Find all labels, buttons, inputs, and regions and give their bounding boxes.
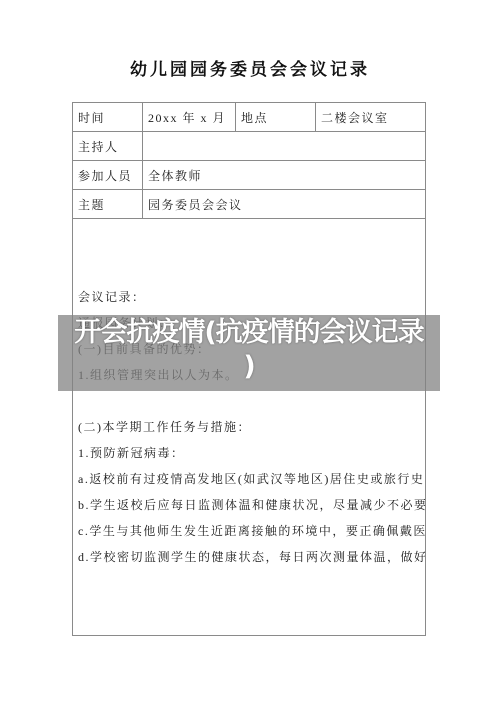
- time-value: 20xx 年 x 月: [143, 103, 236, 132]
- page-title: 幼儿园园务委员会会议记录: [0, 58, 500, 82]
- record-line: 1.预防新冠病毒：: [78, 440, 420, 466]
- time-label: 时间: [73, 103, 143, 132]
- participants-label: 参加人员: [73, 161, 143, 190]
- record-line: 1.组织管理突出以人为本。: [78, 362, 420, 388]
- record-line-obscured: [78, 388, 420, 414]
- record-paragraph: b.学生返校后应每日监测体温和健康状况，尽量减少不必要外出，避免接触其他人员。: [78, 492, 420, 518]
- place-label: 地点: [236, 103, 316, 132]
- record-paragraph: d.学校密切监测学生的健康状态，每日两次测量体温，做好缺勤、早退、请假记录，如发…: [78, 544, 420, 570]
- record-line: 会议记录：: [78, 284, 420, 310]
- table-row-host: 主持人: [73, 132, 426, 161]
- host-label: 主持人: [73, 132, 143, 161]
- record-line: (一)目前具备的优势：: [78, 336, 420, 362]
- record-paragraph: a.返校前有过疫情高发地区(如武汉等地区)居住史或旅行史的学生，建议居家观察 1…: [78, 466, 420, 492]
- topic-value: 园务委员会会议: [143, 190, 426, 219]
- record-paragraph: c.学生与其他师生发生近距离接触的环境中，要正确佩戴医用外科口罩或 N95 口罩…: [78, 518, 420, 544]
- table-row-time-place: 时间 20xx 年 x 月 地点 二楼会议室: [73, 103, 426, 132]
- topic-label: 主题: [73, 190, 143, 219]
- document-page: 幼儿园园务委员会会议记录 时间 20xx 年 x 月 地点 二楼会议室 主持人 …: [0, 0, 500, 706]
- place-value: 二楼会议室: [316, 103, 426, 132]
- record-line: 通报园务计划：: [78, 310, 420, 336]
- table-row-participants: 参加人员 全体教师: [73, 161, 426, 190]
- meeting-info-table: 时间 20xx 年 x 月 地点 二楼会议室 主持人 参加人员 全体教师 主题 …: [72, 102, 426, 636]
- participants-value: 全体教师: [143, 161, 426, 190]
- meeting-record-cell: 会议记录： 通报园务计划： (一)目前具备的优势： 1.组织管理突出以人为本。 …: [73, 219, 426, 636]
- host-value: [143, 132, 426, 161]
- record-line: (二)本学期工作任务与措施：: [78, 414, 420, 440]
- table-row-topic: 主题 园务委员会会议: [73, 190, 426, 219]
- table-row-record: 会议记录： 通报园务计划： (一)目前具备的优势： 1.组织管理突出以人为本。 …: [73, 219, 426, 636]
